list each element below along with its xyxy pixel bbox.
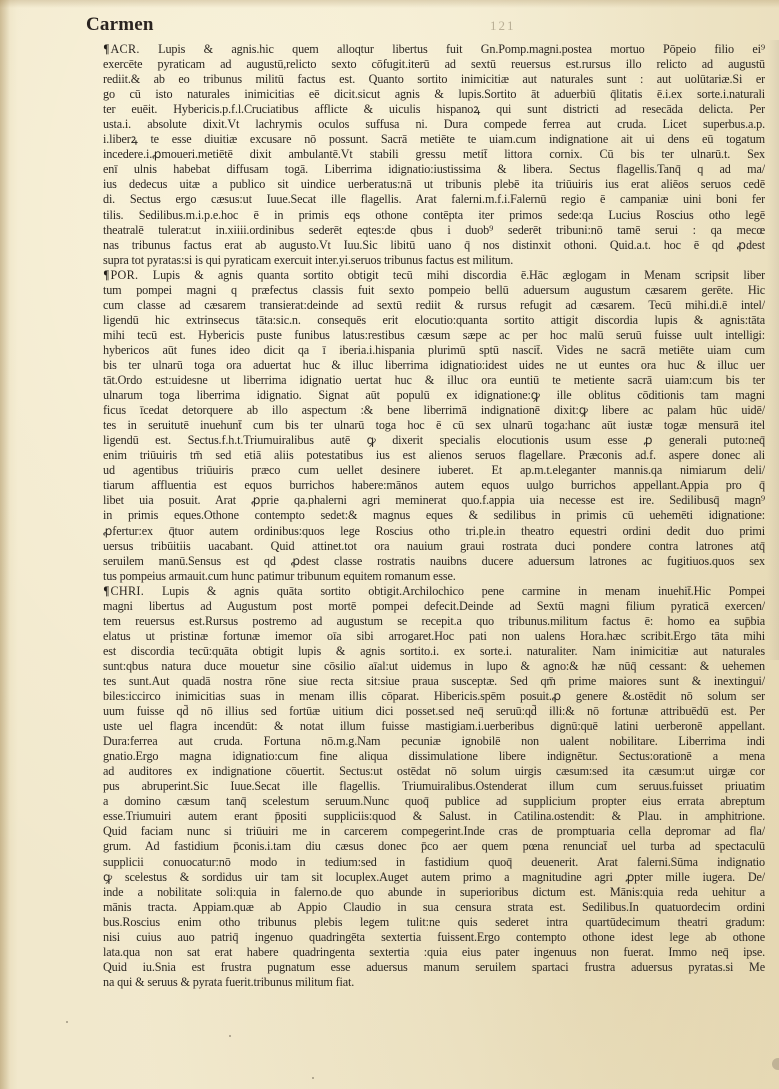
page-edge-shadow-top bbox=[0, 0, 779, 8]
text-line: in primis eques.Othone contempto sedet:&… bbox=[103, 508, 765, 523]
text-line: ud agentibus triūuiris præco cum uellet … bbox=[103, 463, 765, 478]
text-line: tiarum affluentia est equos burrichos ha… bbox=[103, 478, 765, 493]
scanned-page: Carmen 121 ¶ACR. Lupis & agnis.hic quem … bbox=[0, 0, 779, 1089]
line-text: libet uia posuit. Arat ꝓprie qa.phalerni… bbox=[103, 493, 765, 507]
text-line: exercēte pyraticam ad augustū,relicto se… bbox=[103, 57, 765, 72]
line-text: ficus īcedat detorquere ab illo aspectum… bbox=[103, 403, 765, 417]
line-text: mānis tracta. Appiam.quæ ab Appio Claudi… bbox=[103, 900, 765, 914]
text-line: grum. Ad fastidium p̄conis.i.tam diu cæs… bbox=[103, 839, 765, 854]
line-text: ulnarum toga liberrima idignatio. Signat… bbox=[103, 388, 765, 402]
text-line: ficus īcedat detorquere ab illo aspectum… bbox=[103, 403, 765, 418]
text-line: est discordia tecū:quāta obtigit lupis &… bbox=[103, 644, 765, 659]
line-text: bus.Roscius enim otho tribunus plebis le… bbox=[103, 915, 765, 929]
line-text: seruilem manū.Sensus est qd ꝓdest classe… bbox=[103, 554, 765, 568]
line-text: magni libertus ad Augustum post mortē po… bbox=[103, 599, 765, 613]
line-text: Lupis & agnis quanta sortito obtigit tec… bbox=[138, 268, 765, 282]
line-text: cum classe ad cæsarem transierat:deinde … bbox=[103, 298, 765, 312]
line-text: ter euēit. Hybericis.p.f.l.Cruciatibus a… bbox=[103, 102, 765, 116]
line-text: ius dedecus uitæ a publico sit uindice u… bbox=[103, 177, 765, 191]
text-line: cum classe ad cæsarem transierat:deinde … bbox=[103, 298, 765, 313]
line-text: rediit.& ab eo tribunus militū factus es… bbox=[103, 72, 765, 86]
line-text: bis ter ulnarū toga ora aduertat huc & i… bbox=[103, 358, 765, 372]
text-line: usta.i. absolute dixit.Vt lachrymis ocul… bbox=[103, 117, 765, 132]
text-line: seruilem manū.Sensus est qd ꝓdest classe… bbox=[103, 554, 765, 569]
text-line: ad auditores ex indignatione cōuertit. S… bbox=[103, 764, 765, 779]
line-text: hybericos aūt funes ideo dicit qa ī iber… bbox=[103, 343, 765, 357]
line-text: grum. Ad fastidium p̄conis.i.tam diu cæs… bbox=[103, 839, 765, 853]
text-line: tilis. Sedilibus.m.i.p.e.hoc ē in primis… bbox=[103, 208, 765, 223]
line-text: theatralē tulerat:ut in.xiiii.ordinibus … bbox=[103, 223, 765, 237]
text-line: supplicii conuocatur:nō modo in tedium:s… bbox=[103, 855, 765, 870]
commentary-text-block: ¶ACR. Lupis & agnis.hic quem alloqtur li… bbox=[103, 42, 765, 990]
commentator-label: CHRI. bbox=[110, 584, 144, 598]
line-text: inde a nobilitate soli:quia in falerno.d… bbox=[103, 885, 765, 899]
line-text: tes in seruitutē inuehunt̄ cum bis ter u… bbox=[103, 418, 765, 432]
text-line: ꝙ scelestus & sordidus uir tam sit locup… bbox=[103, 870, 765, 885]
line-text: Lupis & agnis quāta sortito obtigit.Arch… bbox=[144, 584, 765, 598]
line-text: ligendū est. Sectus.f.h.t.Triumuiralibus… bbox=[103, 433, 765, 447]
line-text: lata.qua non sat erat habere quadringent… bbox=[103, 945, 765, 959]
paper-speck bbox=[312, 1077, 314, 1079]
text-line: hybericos aūt funes ideo dicit qa ī iber… bbox=[103, 343, 765, 358]
text-line: theatralē tulerat:ut in.xiiii.ordinibus … bbox=[103, 223, 765, 238]
text-line: tāt.Ordo est:uidesne ut liberrima idigna… bbox=[103, 373, 765, 388]
line-text: Quid iu.Snia est frustra pugnatum esse a… bbox=[103, 960, 765, 974]
text-line: esse.Triumuiri autem erant p̄positi supp… bbox=[103, 809, 765, 824]
line-text: ad auditores ex indignatione cōuertit. S… bbox=[103, 764, 765, 778]
line-text: sunt:qbus natura duce mouetur sine cōsil… bbox=[103, 659, 765, 673]
text-line: tem reuersus est.Rursus postremo ad augu… bbox=[103, 614, 765, 629]
text-line: supra tot pyratas:si is qui pyraticam ex… bbox=[103, 253, 765, 268]
text-line: uersus tribūitiis uacabant. Quid attinet… bbox=[103, 539, 765, 554]
text-line: inde a nobilitate soli:quia in falerno.d… bbox=[103, 885, 765, 900]
paragraph-mark-icon: ¶ bbox=[103, 584, 109, 599]
line-text: enī ulnis habebat diffusam togā. Liberri… bbox=[103, 162, 765, 176]
line-text: uersus tribūitiis uacabant. Quid attinet… bbox=[103, 539, 765, 553]
text-line: bus.Roscius enim otho tribunus plebis le… bbox=[103, 915, 765, 930]
text-line: biles:iccirco inimicitias suas in menam … bbox=[103, 689, 765, 704]
text-line: go cū isto naturales inimicitias eē dici… bbox=[103, 87, 765, 102]
text-line: enī ulnis habebat diffusam togā. Liberri… bbox=[103, 162, 765, 177]
text-line: enim triūuiris tm̄ sed etiā aliis potest… bbox=[103, 448, 765, 463]
text-line: a domino cæsum tanq̄ scelestum seruum.Nu… bbox=[103, 794, 765, 809]
line-text: in primis eques.Othone contempto sedet:&… bbox=[103, 508, 765, 522]
text-line: mānis tracta. Appiam.quæ ab Appio Claudi… bbox=[103, 900, 765, 915]
running-head: Carmen bbox=[86, 14, 154, 36]
text-line: ¶POR. Lupis & agnis quanta sortito obtig… bbox=[103, 268, 765, 283]
line-text: incedere.i.ꝓmoueri.metiētē dixit ambulan… bbox=[103, 147, 765, 161]
line-text: tem reuersus est.Rursus postremo ad augu… bbox=[103, 614, 765, 628]
line-text: tāt.Ordo est:uidesne ut liberrima idigna… bbox=[103, 373, 765, 387]
text-line: ¶CHRI. Lupis & agnis quāta sortito obtig… bbox=[103, 584, 765, 599]
text-line: libet uia posuit. Arat ꝓprie qa.phalerni… bbox=[103, 493, 765, 508]
text-line: Dura:ferrea aut cruda. Fortuna nō.m.g.Na… bbox=[103, 734, 765, 749]
text-line: lata.qua non sat erat habere quadringent… bbox=[103, 945, 765, 960]
text-line: tus pompeius armauit.cum hunc patimur tr… bbox=[103, 569, 765, 584]
line-text: supplicii conuocatur:nō modo in tedium:s… bbox=[103, 855, 765, 869]
line-text: Dura:ferrea aut cruda. Fortuna nō.m.g.Na… bbox=[103, 734, 765, 748]
line-text: enim triūuiris tm̄ sed etiā aliis potest… bbox=[103, 448, 765, 462]
text-line: uum fuisse qd̄ nō illius sed fortūæ uiti… bbox=[103, 704, 765, 719]
text-line: i.liberꝝ te esse diuitiæ excusare nō pos… bbox=[103, 132, 765, 147]
line-text: di. Sectus ergo cæsus:ut Iuue.Secat ille… bbox=[103, 192, 765, 206]
text-line: sunt:qbus natura duce mouetur sine cōsil… bbox=[103, 659, 765, 674]
line-text: a domino cæsum tanq̄ scelestum seruum.Nu… bbox=[103, 794, 765, 808]
text-line: ¶ACR. Lupis & agnis.hic quem alloqtur li… bbox=[103, 42, 765, 57]
paper-speck bbox=[66, 1021, 68, 1023]
line-text: ꝓfertur:ex q̄tuor autem ordinibus:quos l… bbox=[103, 524, 765, 538]
line-text: biles:iccirco inimicitias suas in menam … bbox=[103, 689, 765, 703]
line-text: ligendū hic extrinsecus tāta:sic.n. cons… bbox=[103, 313, 765, 327]
line-text: esse.Triumuiri autem erant p̄positi supp… bbox=[103, 809, 765, 823]
text-line: nisi cuius auo patriq̄ ingenuo quadringē… bbox=[103, 930, 765, 945]
line-text: nas tribunus factus erat ab augusto.Vt I… bbox=[103, 238, 765, 252]
line-text: go cū isto naturales inimicitias eē dici… bbox=[103, 87, 765, 101]
paper-speck bbox=[229, 1035, 231, 1037]
text-line: di. Sectus ergo cæsus:ut Iuue.Secat ille… bbox=[103, 192, 765, 207]
text-line: magni libertus ad Augustum post mortē po… bbox=[103, 599, 765, 614]
line-text: tus pompeius armauit.cum hunc patimur tr… bbox=[103, 569, 456, 583]
line-text: Lupis & agnis.hic quem alloqtur libertus… bbox=[140, 42, 765, 56]
line-text: est discordia tecū:quāta obtigit lupis &… bbox=[103, 644, 765, 658]
text-line: ulnarum toga liberrima idignatio. Signat… bbox=[103, 388, 765, 403]
text-line: tes sunt.Aut quadā nostra rōne siue rect… bbox=[103, 674, 765, 689]
text-line: pus abruperint.Sic Iuue.Secat ille flage… bbox=[103, 779, 765, 794]
text-line: nas tribunus factus erat ab augusto.Vt I… bbox=[103, 238, 765, 253]
line-text: na qui & seruus & pyrata fuerit.tribunus… bbox=[103, 975, 354, 989]
paragraph-mark-icon: ¶ bbox=[103, 268, 109, 283]
text-line: ligendū hic extrinsecus tāta:sic.n. cons… bbox=[103, 313, 765, 328]
line-text: uum fuisse qd̄ nō illius sed fortūæ uiti… bbox=[103, 704, 765, 718]
line-text: usta.i. absolute dixit.Vt lachrymis ocul… bbox=[103, 117, 765, 131]
commentator-label: POR. bbox=[110, 268, 138, 282]
line-text: tes sunt.Aut quadā nostra rōne siue rect… bbox=[103, 674, 765, 688]
line-text: nisi cuius auo patriq̄ ingenuo quadringē… bbox=[103, 930, 765, 944]
text-line: ius dedecus uitæ a publico sit uindice u… bbox=[103, 177, 765, 192]
text-line: elatus ut pristinæ fortunæ imemor oīa si… bbox=[103, 629, 765, 644]
paragraph-mark-icon: ¶ bbox=[103, 42, 109, 57]
line-text: ud agentibus triūuiris præco cum uellet … bbox=[103, 463, 765, 477]
text-line: rediit.& ab eo tribunus militū factus es… bbox=[103, 72, 765, 87]
line-text: tiarum affluentia est equos burrichos ha… bbox=[103, 478, 765, 492]
line-text: uste uel flagra incendūt: & notat illum … bbox=[103, 719, 765, 733]
text-line: Quid iu.Snia est frustra pugnatum esse a… bbox=[103, 960, 765, 975]
line-text: pus abruperint.Sic Iuue.Secat ille flage… bbox=[103, 779, 765, 793]
text-line: uste uel flagra incendūt: & notat illum … bbox=[103, 719, 765, 734]
text-line: tes in seruitutē inuehunt̄ cum bis ter u… bbox=[103, 418, 765, 433]
text-line: ꝓfertur:ex q̄tuor autem ordinibus:quos l… bbox=[103, 524, 765, 539]
line-text: mihi tecū est. Hybericis puste funibus l… bbox=[103, 328, 765, 342]
commentator-label: ACR. bbox=[110, 42, 139, 56]
text-line: ter euēit. Hybericis.p.f.l.Cruciatibus a… bbox=[103, 102, 765, 117]
line-text: ꝙ scelestus & sordidus uir tam sit locup… bbox=[103, 870, 765, 884]
folio-number: 121 bbox=[490, 18, 516, 34]
page-edge-shadow-left bbox=[0, 0, 10, 1089]
text-line: na qui & seruus & pyrata fuerit.tribunus… bbox=[103, 975, 765, 990]
text-line: bis ter ulnarū toga ora aduertat huc & i… bbox=[103, 358, 765, 373]
line-text: i.liberꝝ te esse diuitiæ excusare nō pos… bbox=[103, 132, 765, 146]
line-text: tum pompei magni q præfectus classis fui… bbox=[103, 283, 765, 297]
text-line: gnatio.Ergo magna idignatio:cum fine ali… bbox=[103, 749, 765, 764]
line-text: elatus ut pristinæ fortunæ imemor oīa si… bbox=[103, 629, 765, 643]
line-text: exercēte pyraticam ad augustū,relicto se… bbox=[103, 57, 765, 71]
page-corner-mark bbox=[772, 1058, 779, 1070]
bleed-through-right bbox=[767, 40, 779, 660]
line-text: gnatio.Ergo magna idignatio:cum fine ali… bbox=[103, 749, 765, 763]
line-text: supra tot pyratas:si is qui pyraticam ex… bbox=[103, 253, 513, 267]
text-line: incedere.i.ꝓmoueri.metiētē dixit ambulan… bbox=[103, 147, 765, 162]
text-line: mihi tecū est. Hybericis puste funibus l… bbox=[103, 328, 765, 343]
line-text: Quid faciam nunc si triūuiri me in carce… bbox=[103, 824, 765, 838]
line-text: tilis. Sedilibus.m.i.p.e.hoc ē in primis… bbox=[103, 208, 765, 222]
text-line: ligendū est. Sectus.f.h.t.Triumuiralibus… bbox=[103, 433, 765, 448]
text-line: tum pompei magni q præfectus classis fui… bbox=[103, 283, 765, 298]
text-line: Quid faciam nunc si triūuiri me in carce… bbox=[103, 824, 765, 839]
